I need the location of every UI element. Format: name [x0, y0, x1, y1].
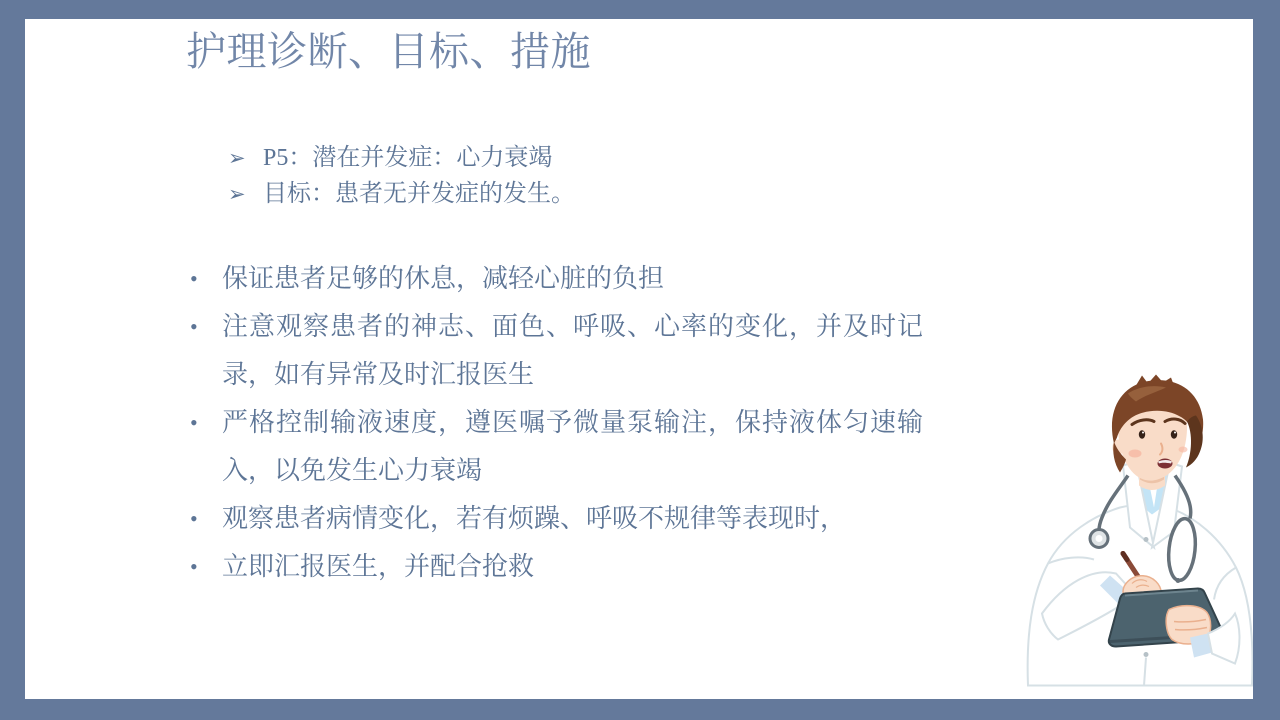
list-item: • 观察患者病情变化，若有烦躁、呼吸不规律等表现时， — [190, 495, 930, 543]
mouth — [1158, 459, 1173, 469]
list-item: • 立即汇报医生，并配合抢救 — [190, 543, 930, 591]
goal-list: ➢ P5：潜在并发症：心力衰竭 ➢ 目标：患者无并发症的发生。 — [228, 140, 575, 212]
pen-tip — [1123, 554, 1127, 560]
stethoscope-chestpiece-center — [1096, 535, 1103, 542]
eye-glint — [1142, 432, 1144, 434]
doctor-illustration-svg — [1024, 371, 1256, 687]
slide-title: 护理诊断、目标、措施 — [186, 28, 591, 76]
measure-line: 注意观察患者的神志、面色、呼吸、心率的变化，并及时记 — [222, 303, 930, 351]
measure-line: 录，如有异常及时汇报医生 — [222, 351, 930, 399]
eye-glint — [1174, 432, 1176, 434]
slide-frame-left — [0, 0, 25, 720]
list-item: • 保证患者足够的休息，减轻心脏的负担 — [190, 255, 930, 303]
bullet-icon: • — [190, 495, 198, 543]
stethoscope-connector — [1176, 578, 1181, 583]
goal-item-text: 目标：患者无并发症的发生。 — [263, 176, 575, 212]
coat-button — [1144, 652, 1149, 657]
goal-item-text: P5：潜在并发症：心力衰竭 — [263, 140, 552, 176]
bullet-icon: • — [190, 303, 198, 351]
measures-list: • 保证患者足够的休息，减轻心脏的负担 • 注意观察患者的神志、面色、呼吸、心率… — [190, 255, 930, 591]
slide-frame-bottom — [0, 699, 1280, 720]
bullet-icon: • — [190, 543, 198, 591]
measure-line: 观察患者病情变化，若有烦躁、呼吸不规律等表现时， — [222, 495, 930, 543]
slide-frame-top — [0, 0, 1280, 19]
coat-button — [1144, 537, 1149, 542]
doctor-illustration — [1024, 371, 1256, 687]
blush — [1179, 447, 1188, 453]
list-item: • 注意观察患者的神志、面色、呼吸、心率的变化，并及时记 录，如有异常及时汇报医… — [190, 303, 930, 399]
bullet-icon: • — [190, 399, 198, 447]
blush — [1129, 450, 1142, 458]
measure-line: 入，以免发生心力衰竭 — [222, 447, 930, 495]
measure-line: 保证患者足够的休息，减轻心脏的负担 — [222, 255, 930, 303]
eye — [1139, 430, 1145, 438]
eye — [1171, 430, 1177, 438]
measure-line: 立即汇报医生，并配合抢救 — [222, 543, 930, 591]
goal-item: ➢ 目标：患者无并发症的发生。 — [228, 176, 575, 212]
list-item: • 严格控制输液速度，遵医嘱予微量泵输注，保持液体匀速输 入，以免发生心力衰竭 — [190, 399, 930, 495]
arrow-bullet-icon: ➢ — [228, 140, 263, 176]
goal-item: ➢ P5：潜在并发症：心力衰竭 — [228, 140, 575, 176]
bullet-icon: • — [190, 255, 198, 303]
slide-frame-right — [1253, 0, 1280, 720]
measure-line: 严格控制输液速度，遵医嘱予微量泵输注，保持液体匀速输 — [222, 399, 930, 447]
arrow-bullet-icon: ➢ — [228, 176, 263, 212]
slide: { "slide": { "title": "护理诊断、目标、措施", "goa… — [0, 0, 1280, 720]
